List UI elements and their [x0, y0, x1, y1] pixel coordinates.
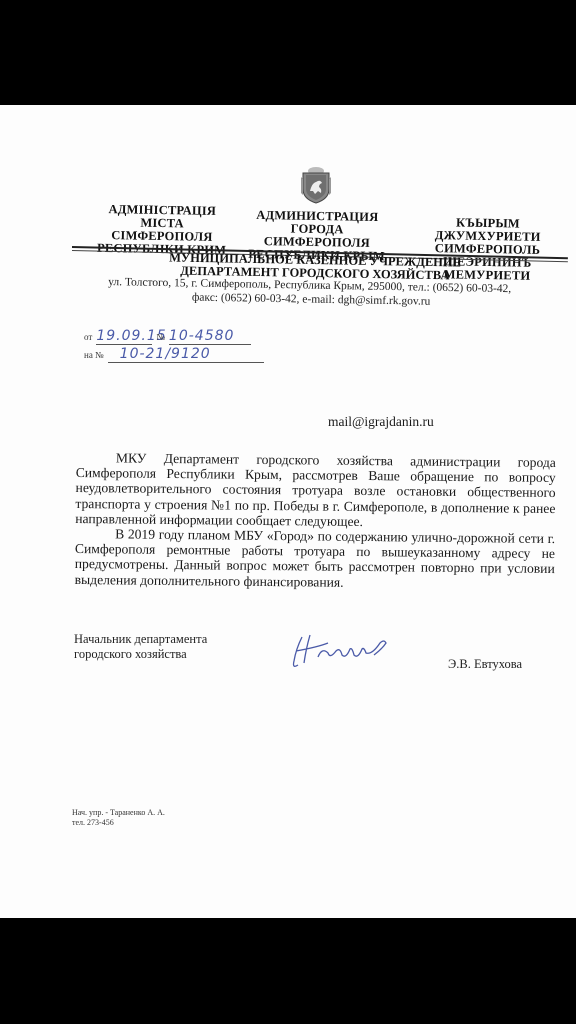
header-line: МІСТА СІМФЕРОПОЛЯ: [92, 216, 232, 244]
signatory-title-line: городского хозяйства: [74, 647, 207, 662]
reply-number: 10-21/9120: [108, 346, 264, 363]
registration-number: 10-4580: [169, 328, 251, 345]
executor-phone: тел. 273-456: [72, 818, 165, 828]
letter-body: МКУ Департамент городского хозяйства адм…: [75, 450, 556, 592]
registration-date: 19.09.15: [96, 328, 152, 345]
document-page: АДМІНІСТРАЦІЯ МІСТА СІМФЕРОПОЛЯ РЕСПУБЛІ…: [0, 105, 576, 918]
signatory-name: Э.В. Евтухова: [448, 657, 522, 672]
signatory-title-line: Начальник департамента: [74, 632, 207, 647]
registration-block: от 19.09.15 № 10-4580 на № 10-21/9120: [84, 327, 264, 363]
executor-info: Нач. упр. - Тараненко А. А. тел. 273-456: [72, 808, 165, 828]
signatory-title: Начальник департамента городского хозяйс…: [74, 632, 207, 662]
reply-label: на №: [84, 350, 104, 360]
executor-name: Нач. упр. - Тараненко А. А.: [72, 808, 165, 818]
handwritten-signature: [288, 629, 398, 678]
crimea-coat-of-arms-icon: [300, 165, 332, 205]
number-label: №: [156, 332, 165, 342]
body-paragraph: МКУ Департамент городского хозяйства адм…: [75, 450, 556, 531]
recipient-email: mail@igrajdanin.ru: [328, 414, 434, 430]
body-paragraph: В 2019 году планом МБУ «Город» по содерж…: [75, 526, 556, 592]
header-line: КЪЫРЫМ ДЖУМХУРИЕТИ: [405, 216, 570, 245]
header-line: ГОРОДА СИМФЕРОПОЛЯ: [242, 222, 392, 251]
from-label: от: [84, 332, 92, 342]
